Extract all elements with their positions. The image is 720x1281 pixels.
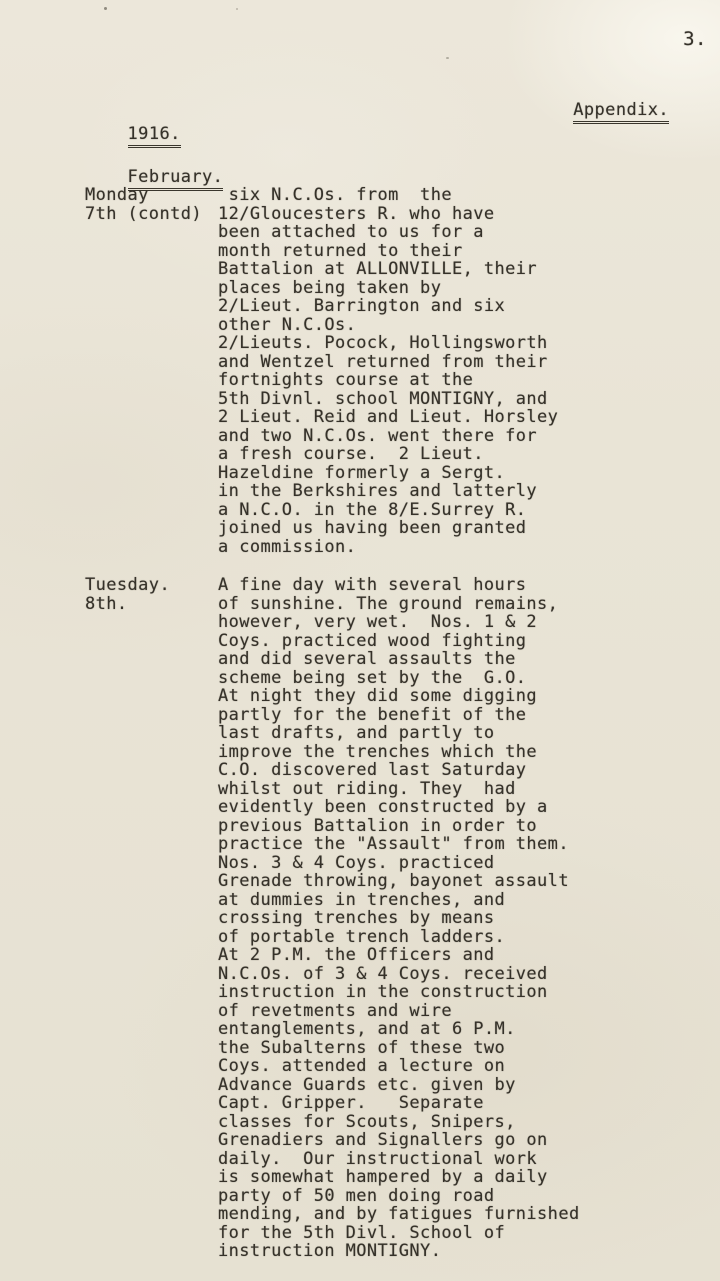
diary-page: 3. Appendix. 1916. February. Monday 7th … — [0, 0, 720, 1281]
entry-date-label: Monday 7th (contd) — [85, 186, 218, 556]
paper-speck — [104, 7, 107, 10]
entry-body-text: A fine day with several hours of sunshin… — [218, 576, 685, 1261]
year-heading: 1916. — [128, 124, 181, 148]
entry-body-text: six N.C.Os. from the 12/Gloucesters R. w… — [218, 186, 685, 556]
appendix-heading: Appendix. — [573, 100, 669, 124]
page-number: 3. — [683, 30, 707, 49]
diary-entry-tuesday-8th: Tuesday. 8th. A fine day with several ho… — [85, 576, 685, 1261]
paper-speck — [446, 57, 449, 59]
diary-entry-monday-7th: Monday 7th (contd) six N.C.Os. from the … — [85, 186, 685, 556]
entry-date-label: Tuesday. 8th. — [85, 576, 218, 1261]
paper-speck — [236, 8, 238, 10]
